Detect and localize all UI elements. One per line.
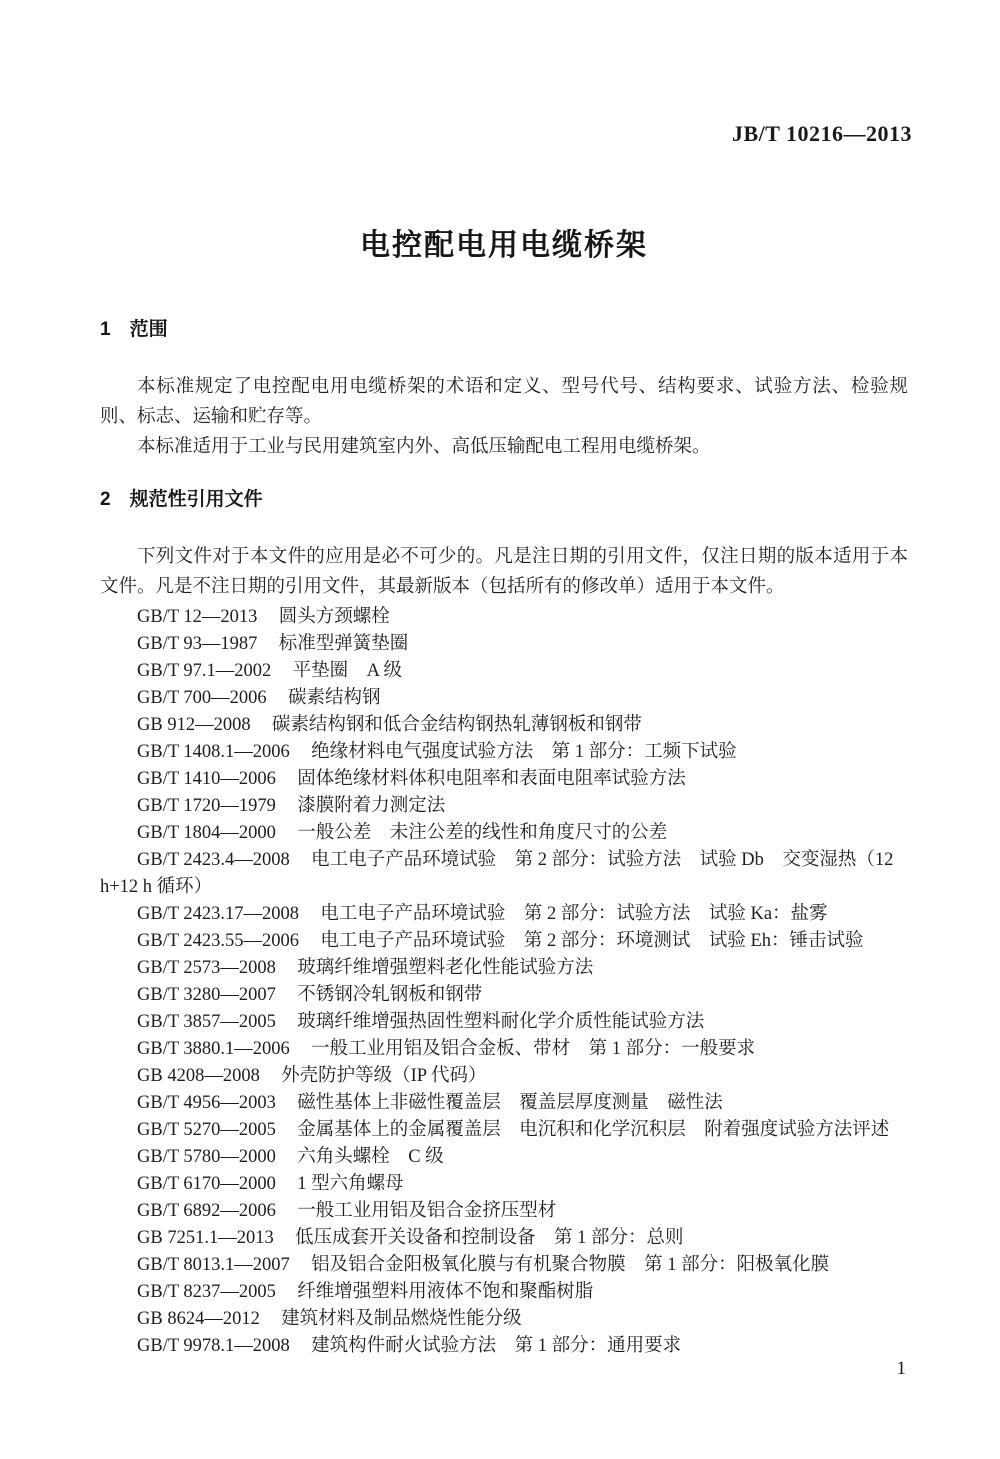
reference-item: GB/T 1804—2000一般公差 未注公差的线性和角度尺寸的公差 [100, 820, 908, 847]
reference-title: 玻璃纤维增强塑料老化性能试验方法 [297, 958, 593, 978]
reference-code: GB/T 8237—2005 [137, 1282, 276, 1302]
page-content: 电控配电用电缆桥架 1范围 本标准规定了电控配电用电缆桥架的术语和定义、型号代号… [0, 0, 1000, 1360]
reference-item: GB/T 2423.55—2006电工电子产品环境试验 第 2 部分：环境测试 … [100, 928, 908, 955]
reference-item: GB/T 4956—2003磁性基体上非磁性覆盖层 覆盖层厚度测量 磁性法 [100, 1090, 908, 1117]
page-number: 1 [897, 1358, 907, 1380]
reference-code: GB/T 3280—2007 [137, 985, 276, 1005]
reference-title: 电工电子产品环境试验 第 2 部分：环境测试 试验 Eh：锤击试验 [320, 931, 863, 951]
reference-title: 不锈钢冷轧钢板和钢带 [297, 985, 482, 1005]
reference-item: GB/T 93—1987标准型弹簧垫圈 [100, 631, 908, 658]
reference-item: GB/T 1410—2006固体绝缘材料体积电阻率和表面电阻率试验方法 [100, 766, 908, 793]
reference-item: GB/T 700—2006碳素结构钢 [100, 685, 908, 712]
reference-code: GB/T 1410—2006 [137, 769, 276, 789]
reference-item: GB/T 1408.1—2006绝缘材料电气强度试验方法 第 1 部分：工频下试… [100, 739, 908, 766]
reference-item: GB/T 5780—2000六角头螺栓 C 级 [100, 1144, 908, 1171]
section-scope-heading: 1范围 [100, 318, 908, 342]
reference-code: GB/T 2423.17—2008 [137, 904, 299, 924]
reference-title: 外壳防护等级（IP 代码） [281, 1066, 486, 1086]
reference-item: GB/T 8013.1—2007铝及铝合金阳极氧化膜与有机聚合物膜 第 1 部分… [100, 1252, 908, 1279]
reference-item: GB/T 6170—20001 型六角螺母 [100, 1171, 908, 1198]
reference-item: GB/T 3880.1—2006一般工业用铝及铝合金板、带材 第 1 部分：一般… [100, 1036, 908, 1063]
reference-title: 一般工业用铝及铝合金板、带材 第 1 部分：一般要求 [311, 1039, 755, 1059]
reference-title: 碳素结构钢和低合金结构钢热轧薄钢板和钢带 [272, 715, 642, 735]
section-scope: 1范围 本标准规定了电控配电用电缆桥架的术语和定义、型号代号、结构要求、试验方法… [100, 318, 908, 462]
reference-code: GB/T 93—1987 [137, 634, 257, 654]
reference-title: 一般公差 未注公差的线性和角度尺寸的公差 [297, 823, 667, 843]
reference-item: GB/T 8237—2005纤维增强塑料用液体不饱和聚酯树脂 [100, 1279, 908, 1306]
reference-item: GB/T 12—2013圆头方颈螺栓 [100, 604, 908, 631]
reference-item: GB/T 9978.1—2008建筑构件耐火试验方法 第 1 部分：通用要求 [100, 1333, 908, 1360]
reference-code: GB 7251.1—2013 [137, 1228, 274, 1248]
reference-code: GB/T 1408.1—2006 [137, 742, 290, 762]
reference-title: 圆头方颈螺栓 [279, 607, 390, 627]
reference-code: GB/T 2573—2008 [137, 958, 276, 978]
reference-code: GB/T 6170—2000 [137, 1174, 276, 1194]
reference-title: 漆膜附着力测定法 [297, 796, 445, 816]
section-title: 范围 [130, 319, 168, 340]
reference-title: 绝缘材料电气强度试验方法 第 1 部分：工频下试验 [311, 742, 737, 762]
reference-title: 平垫圈 A 级 [293, 661, 402, 681]
section-title: 规范性引用文件 [130, 489, 263, 510]
scope-paragraph: 本标准规定了电控配电用电缆桥架的术语和定义、型号代号、结构要求、试验方法、检验规… [100, 372, 908, 432]
reference-code: GB/T 1804—2000 [137, 823, 276, 843]
reference-item: GB/T 5270—2005金属基体上的金属覆盖层 电沉积和化学沉积层 附着强度… [100, 1117, 908, 1144]
reference-title: 纤维增强塑料用液体不饱和聚酯树脂 [297, 1282, 593, 1302]
reference-title: 磁性基体上非磁性覆盖层 覆盖层厚度测量 磁性法 [297, 1093, 723, 1113]
reference-code: GB/T 2423.4—2008 [137, 850, 290, 870]
reference-code: GB/T 3880.1—2006 [137, 1039, 290, 1059]
reference-code: GB/T 4956—2003 [137, 1093, 276, 1113]
reference-title: 建筑材料及制品燃烧性能分级 [281, 1309, 522, 1329]
reference-code: GB/T 3857—2005 [137, 1012, 276, 1032]
reference-item: GB 4208—2008外壳防护等级（IP 代码） [100, 1063, 908, 1090]
scope-paragraph: 本标准适用于工业与民用建筑室内外、高低压输配电工程用电缆桥架。 [100, 432, 908, 462]
reference-item: GB/T 3857—2005玻璃纤维增强热固性塑料耐化学介质性能试验方法 [100, 1009, 908, 1036]
reference-code: GB/T 2423.55—2006 [137, 931, 299, 951]
reference-item: GB/T 1720—1979漆膜附着力测定法 [100, 793, 908, 820]
reference-title: 碳素结构钢 [288, 688, 381, 708]
reference-code: GB 8624—2012 [137, 1309, 260, 1329]
reference-item: GB 8624—2012建筑材料及制品燃烧性能分级 [100, 1306, 908, 1333]
section-number: 1 [100, 318, 111, 342]
reference-code: GB/T 8013.1—2007 [137, 1255, 290, 1275]
reference-item: GB/T 2423.17—2008电工电子产品环境试验 第 2 部分：试验方法 … [100, 901, 908, 928]
standard-code-header: JB/T 10216—2013 [732, 121, 912, 147]
reference-title: 玻璃纤维增强热固性塑料耐化学介质性能试验方法 [297, 1012, 704, 1032]
section-references-heading: 2规范性引用文件 [100, 488, 908, 512]
section-number: 2 [100, 488, 111, 512]
reference-title: 电工电子产品环境试验 第 2 部分：试验方法 试验 Ka：盐雾 [320, 904, 827, 924]
reference-title: 六角头螺栓 C 级 [297, 1147, 443, 1167]
reference-code: GB/T 97.1—2002 [137, 661, 271, 681]
reference-code: GB 912—2008 [137, 715, 251, 735]
reference-code: GB/T 5780—2000 [137, 1147, 276, 1167]
reference-title: 建筑构件耐火试验方法 第 1 部分：通用要求 [311, 1336, 681, 1356]
reference-item: GB/T 2423.4—2008电工电子产品环境试验 第 2 部分：试验方法 试… [100, 847, 908, 901]
reference-code: GB 4208—2008 [137, 1066, 260, 1086]
document-page: JB/T 10216—2013 电控配电用电缆桥架 1范围 本标准规定了电控配电… [0, 0, 1000, 1459]
reference-code: GB/T 9978.1—2008 [137, 1336, 290, 1356]
reference-title: 低压成套开关设备和控制设备 第 1 部分：总则 [295, 1228, 684, 1248]
reference-title: 铝及铝合金阳极氧化膜与有机聚合物膜 第 1 部分：阳极氧化膜 [311, 1255, 829, 1275]
references-intro-paragraph: 下列文件对于本文件的应用是必不可少的。凡是注日期的引用文件，仅注日期的版本适用于… [100, 542, 908, 602]
reference-list: GB/T 12—2013圆头方颈螺栓 GB/T 93—1987标准型弹簧垫圈 G… [100, 604, 908, 1360]
reference-item: GB/T 97.1—2002平垫圈 A 级 [100, 658, 908, 685]
reference-item: GB/T 3280—2007不锈钢冷轧钢板和钢带 [100, 982, 908, 1009]
reference-item: GB/T 2573—2008玻璃纤维增强塑料老化性能试验方法 [100, 955, 908, 982]
reference-item: GB/T 6892—2006一般工业用铝及铝合金挤压型材 [100, 1198, 908, 1225]
reference-code: GB/T 6892—2006 [137, 1201, 276, 1221]
section-normative-references: 2规范性引用文件 下列文件对于本文件的应用是必不可少的。凡是注日期的引用文件，仅… [100, 488, 908, 1360]
reference-title: 1 型六角螺母 [297, 1174, 403, 1194]
reference-item: GB 7251.1—2013低压成套开关设备和控制设备 第 1 部分：总则 [100, 1225, 908, 1252]
reference-title: 标准型弹簧垫圈 [279, 634, 409, 654]
reference-code: GB/T 1720—1979 [137, 796, 276, 816]
reference-title: 一般工业用铝及铝合金挤压型材 [297, 1201, 556, 1221]
reference-code: GB/T 5270—2005 [137, 1120, 276, 1140]
reference-code: GB/T 12—2013 [137, 607, 257, 627]
reference-item: GB 912—2008碳素结构钢和低合金结构钢热轧薄钢板和钢带 [100, 712, 908, 739]
reference-code: GB/T 700—2006 [137, 688, 267, 708]
reference-title: 金属基体上的金属覆盖层 电沉积和化学沉积层 附着强度试验方法评述 [297, 1120, 889, 1140]
reference-title: 固体绝缘材料体积电阻率和表面电阻率试验方法 [297, 769, 686, 789]
